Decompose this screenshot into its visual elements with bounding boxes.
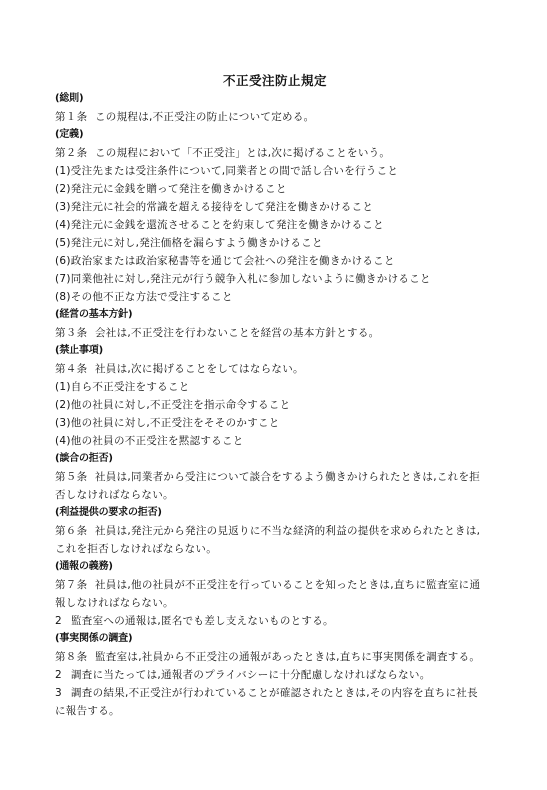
line-text: 調査に当たっては,通報者のプライバシーに十分配慮しなければならない。 [71,669,431,681]
article-number: 第３条 [55,324,95,342]
article-number: 第５条 [55,468,95,486]
article-number: 第８条 [55,648,95,666]
article-number: 第７条 [55,576,95,594]
list-item: (5)発注元に対し,発注価格を漏らすよう働きかけること [55,234,495,252]
list-item: (2)他の社員に対し,不正受注を指示命令すること [55,396,495,414]
section-heading: (事実関係の調査) [55,630,495,648]
paragraph-number: 2 [55,612,71,630]
line-text: 会社は,不正受注を行わないことを経営の基本方針とする。 [95,327,379,339]
list-item: (1)受注先または受注条件について,同業者との間で話し合いを行うこと [55,162,495,180]
line-text: 社員は,他の社員が不正受注を行っていることを知ったときは,直ちに監査室に通 [95,579,480,591]
list-item: (2)発注元に金銭を贈って発注を働きかけること [55,180,495,198]
list-item: (4)他の社員の不正受注を黙認すること [55,432,495,450]
list-item: (7)同業他社に対し,発注元が行う競争入札に参加しないように働きかけること [55,270,495,288]
list-item: (8)その他不正な方法で受注すること [55,288,495,306]
list-item: (3)発注元に社会的常識を超える接待をして発注を働きかけること [55,198,495,216]
continuation-line: これを拒否しなければならない。 [55,540,495,558]
section-heading: (談合の拒否) [55,450,495,468]
line-text: 監査室への通報は,匿名でも差し支えないものとする。 [71,615,334,627]
section-heading: (経営の基本方針) [55,306,495,324]
line-text: 社員は,発注元から発注の見返りに不当な経済的利益の提供を求められたときは, [95,525,480,537]
article-line: 第１条この規程は,不正受注の防止について定める。 [55,108,495,126]
article-line: 第３条会社は,不正受注を行わないことを経営の基本方針とする。 [55,324,495,342]
article-line: 第２条この規程において「不正受注」とは,次に掲げることをいう。 [55,144,495,162]
line-text: 監査室は,社員から不正受注の通報があったときは,直ちに事実関係を調査する。 [95,651,480,663]
section-heading: (総則) [55,90,495,108]
paragraph-line: 2調査に当たっては,通報者のプライバシーに十分配慮しなければならない。 [55,666,495,684]
section-heading: (通報の義務) [55,558,495,576]
line-text: 社員は,同業者から受注について談合をするよう働きかけられたときは,これを拒 [95,471,480,483]
list-item: (4)発注元に金銭を還流させることを約束して発注を働きかけること [55,216,495,234]
article-line: 第６条社員は,発注元から発注の見返りに不当な経済的利益の提供を求められたときは, [55,522,495,540]
article-line: 第８条監査室は,社員から不正受注の通報があったときは,直ちに事実関係を調査する。 [55,648,495,666]
line-text: 調査の結果,不正受注が行われていることが確認されたときは,その内容を直ちに社長 [71,687,478,699]
article-number: 第１条 [55,108,95,126]
paragraph-line: 3調査の結果,不正受注が行われていることが確認されたときは,その内容を直ちに社長 [55,684,495,702]
document-page: 不正受注防止規定 (総則)第１条この規程は,不正受注の防止について定める。(定義… [55,72,495,720]
paragraph-line: 2監査室への通報は,匿名でも差し支えないものとする。 [55,612,495,630]
list-item: (3)他の社員に対し,不正受注をそそのかすこと [55,414,495,432]
article-line: 第４条社員は,次に掲げることをしてはならない。 [55,360,495,378]
article-number: 第６条 [55,522,95,540]
continuation-line: に報告する。 [55,702,495,720]
list-item: (1)自ら不正受注をすること [55,378,495,396]
document-body: (総則)第１条この規程は,不正受注の防止について定める。(定義)第２条この規程に… [55,90,495,720]
list-item: (6)政治家または政治家秘書等を通じて会社への発注を働きかけること [55,252,495,270]
continuation-line: 報しなければならない。 [55,594,495,612]
line-text: この規程は,不正受注の防止について定める。 [95,111,314,123]
paragraph-number: 2 [55,666,71,684]
line-text: この規程において「不正受注」とは,次に掲げることをいう。 [95,147,390,159]
line-text: 社員は,次に掲げることをしてはならない。 [95,363,304,375]
article-number: 第２条 [55,144,95,162]
section-heading: (禁止事項) [55,342,495,360]
section-heading: (利益提供の要求の拒否) [55,504,495,522]
continuation-line: 否しなければならない。 [55,486,495,504]
article-number: 第４条 [55,360,95,378]
article-line: 第５条社員は,同業者から受注について談合をするよう働きかけられたときは,これを拒 [55,468,495,486]
paragraph-number: 3 [55,684,71,702]
article-line: 第７条社員は,他の社員が不正受注を行っていることを知ったときは,直ちに監査室に通 [55,576,495,594]
document-title: 不正受注防止規定 [55,72,495,90]
section-heading: (定義) [55,126,495,144]
